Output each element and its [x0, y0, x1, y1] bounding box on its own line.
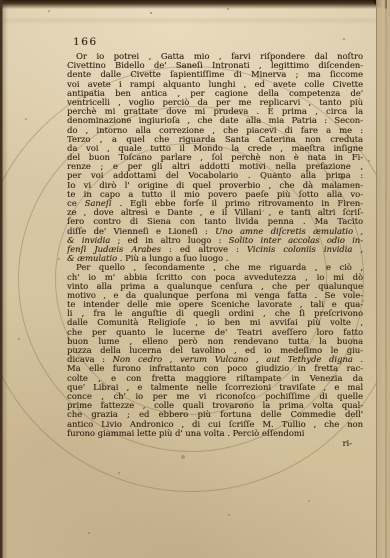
text-line: vinto alla prima a qualunque cenſura , c… — [67, 282, 363, 291]
text-line: Or io potrei , Gatta mio , farvi riſpond… — [67, 52, 363, 61]
text-line: puzza della lucerna del tavolino , ed io… — [67, 346, 363, 355]
text-line: & invidia ; ed in altro luogo : Solito i… — [67, 236, 363, 245]
text-line: do , intorno alla correzione , che piace… — [67, 126, 363, 135]
text-line: Civettino Bidello de' Saneſi Intronati ,… — [67, 61, 363, 70]
text-line: che per quanto le lucerne de' Teatri ave… — [67, 328, 363, 337]
text-line: del buon Toſcano parlare , ſol perchè no… — [67, 153, 363, 162]
page-edge-right — [376, 0, 390, 558]
text-line: furono giammai lette più d' una volta . … — [67, 429, 363, 438]
text-line: che grazia ; ed ebbero più fortuna delle… — [67, 410, 363, 419]
page-edge-left — [0, 0, 8, 558]
text-line: Ma elle furono infrattanto con poco giud… — [67, 364, 363, 373]
text-line: fenſi Judæis Arabes : ed altrove : Vicin… — [67, 245, 363, 254]
text-line: ce Saneſi . Egli ebbe forſe il primo rit… — [67, 199, 363, 208]
text-line: motivo , e da qualunque perſona mi venga… — [67, 291, 363, 300]
text-line: ventricelli , voglio perciò da per me re… — [67, 98, 363, 107]
book-page-scan: 166 Or io potrei , Gatta mio , farvi riſ… — [0, 0, 390, 558]
text-line: Io vi dirò l' origine di quel proverbio … — [67, 181, 363, 190]
text-line: li , fra le anguſtie di quegli ordini , … — [67, 309, 363, 318]
text-line: dicava : Non cedro , verum Vulcano , aut… — [67, 355, 363, 364]
text-line: Terzo , a quel che riguarda Santa Cateri… — [67, 135, 363, 144]
page-number: 166 — [73, 37, 363, 48]
text-line: que' Librai , e talmente nelle ſcorrezio… — [67, 383, 363, 392]
text-line: antico Livio Andronico , di cui ſcriſſe … — [67, 420, 363, 429]
text-line: conce , ch' io per me vi riconoſco pochi… — [67, 392, 363, 401]
text-line: antipatia ben antica , per cagione della… — [67, 89, 363, 98]
text-line: ſero contro di Siena con tanto livida pe… — [67, 217, 363, 226]
page-edge-top — [0, 0, 390, 9]
text-line: dalle Comunità Religioſe , io ben mi avv… — [67, 318, 363, 327]
text-line: prime fattezze , colle quali trovarono l… — [67, 401, 363, 410]
text-line: renze ; e per gli altri addotti motivi n… — [67, 162, 363, 171]
text-block: 166 Or io potrei , Gatta mio , farvi riſ… — [67, 37, 363, 448]
text-line: dente dalle Civette ſapientiſſime di Min… — [67, 70, 363, 79]
text-line: perchè mi grattate dove mi prudeva . E p… — [67, 107, 363, 116]
text-line: colte , e con fretta maggiore riſtampate… — [67, 374, 363, 383]
text-line: voi avete i rampi alquanto lunghi , ed a… — [67, 80, 363, 89]
catchword: ri- — [67, 439, 363, 448]
text-line: & æmulatio . Più a lungo a ſuo luogo . — [67, 254, 363, 263]
text-line: ch' io m' abbia ſcritto con poca avvedut… — [67, 273, 363, 282]
text-line: da voi , quale tutto il Mondo la crede ,… — [67, 144, 363, 153]
text-line: denominazione ingiurioſa , che date alla… — [67, 116, 363, 125]
text-line: diſſe de' Vienneſi e Lioneſi : Uno amne … — [67, 227, 363, 236]
text-lines: Or io potrei , Gatta mio , farvi riſpond… — [67, 52, 363, 438]
text-line: ze , dove altresì e Dante , e il Villani… — [67, 208, 363, 217]
text-line: te intender delle mie opere Sceniche lav… — [67, 300, 363, 309]
text-line: buon lume , elleno però non rendevano tu… — [67, 337, 363, 346]
text-line: per voi addottami del Vocabolario . Quan… — [67, 171, 363, 180]
text-line: te in capo a tutto il mio povero paeſe p… — [67, 190, 363, 199]
text-line: Per quello , ſecondamente , che me rigua… — [67, 263, 363, 272]
